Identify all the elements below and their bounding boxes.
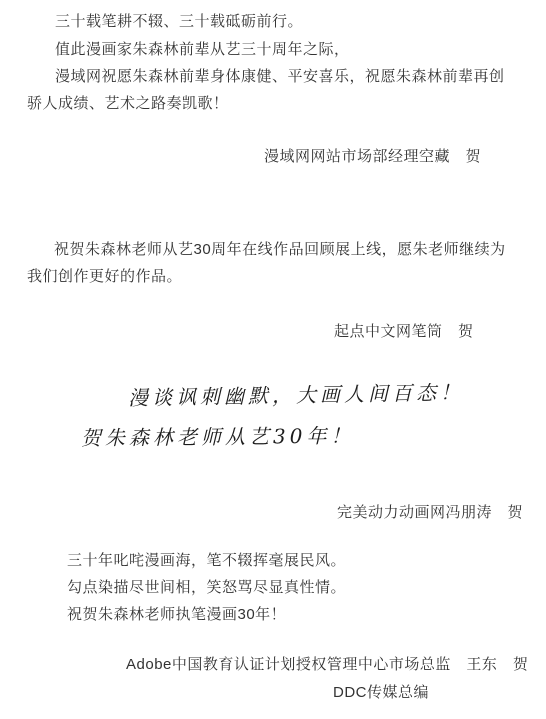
message-line: 我们创作更好的作品。 (27, 269, 182, 285)
message-line: 三十年叱咤漫画海，笔不辍挥毫展民风。 (67, 553, 346, 569)
signature: 漫域网网站市场部经理空藏 贺 (264, 149, 481, 165)
message-line: 勾点染描尽世间相，笑怒骂尽显真性情。 (67, 580, 346, 596)
handwritten-line: 贺朱森林老师从艺30年！ (81, 422, 355, 452)
message-line: 三十载笔耕不辍、三十载砥砺前行。 (55, 14, 303, 30)
message-line: 骄人成绩、艺术之路奏凯歌！ (27, 96, 229, 112)
message-line: 祝贺朱森林老师执笔漫画30年！ (67, 607, 286, 623)
signature: DDC传媒总编 (333, 685, 429, 701)
signature: 起点中文网笔筒 贺 (334, 324, 474, 340)
congratulation-messages-page: 三十载笔耕不辍、三十载砥砺前行。 值此漫画家朱森林前辈从艺三十周年之际， 漫域网… (0, 0, 546, 719)
message-line: 祝贺朱森林老师从艺30周年在线作品回顾展上线，愿朱老师继续为 (54, 242, 506, 258)
message-line: 漫域网祝愿朱森林前辈身体康健、平安喜乐，祝愿朱森林前辈再创 (55, 69, 505, 85)
handwritten-line: 漫谈讽刺幽默，大画人间百态！ (128, 378, 464, 412)
message-line: 值此漫画家朱森林前辈从艺三十周年之际， (55, 42, 350, 58)
signature: Adobe中国教育认证计划授权管理中心市场总监 王东 贺 (126, 657, 528, 673)
signature: 完美动力动画网冯朋涛 贺 (337, 505, 523, 521)
